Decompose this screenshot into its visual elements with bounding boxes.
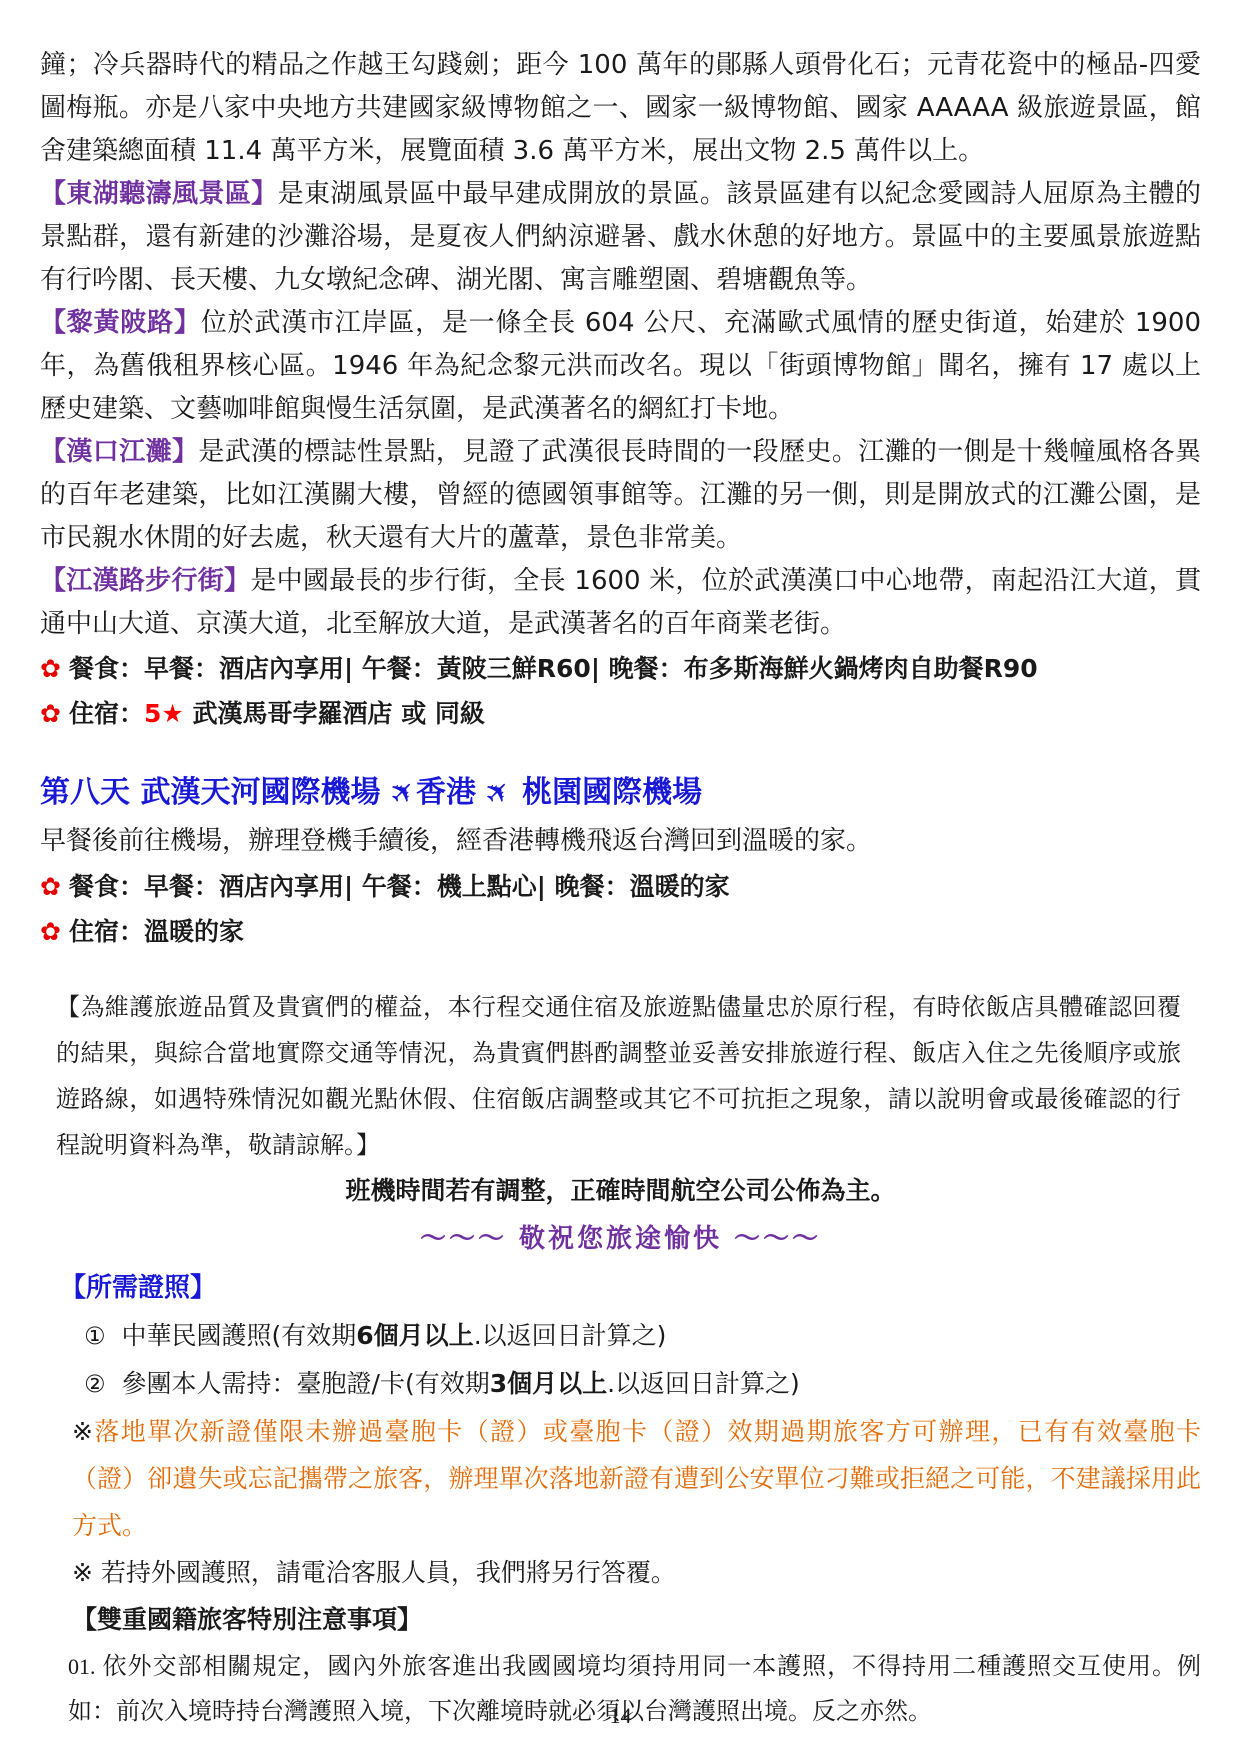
- attraction-jianghan-road: 【江漢路步行街】是中國最長的步行街，全長 1600 米，位於武漢漢口中心地帶，南…: [40, 560, 1201, 646]
- attraction-lihuangpi-road: 【黎黃陂路】位於武漢市江岸區，是一條全長 604 公尺、充滿歐式風情的歷史街道，…: [40, 302, 1201, 431]
- lodging-label: 住宿：: [69, 699, 144, 728]
- item-text-pre: 中華民國護照(有效期: [122, 1321, 357, 1350]
- flight-time-note: 班機時間若有調整，正確時間航空公司公佈為主。: [40, 1168, 1201, 1214]
- attraction-text: 位於武漢市江岸區，是一條全長 604 公尺、充滿歐式風情的歷史街道，始建於 19…: [40, 308, 1201, 424]
- item-text-post: .以返回日計算之): [607, 1369, 800, 1398]
- wish-line: ～～～ 敬祝您旅途愉快 ～～～: [40, 1214, 1201, 1264]
- landing-permit-warning-text: 落地單次新證僅限未辦過臺胞卡（證）或臺胞卡（證）效期過期旅客方可辦理，已有有效臺…: [72, 1417, 1201, 1540]
- attraction-hankou-bund: 【漢口江灘】是武漢的標誌性景點，見證了武漢很長時間的一段歷史。江灘的一側是十幾幢…: [40, 431, 1201, 560]
- attraction-title: 【江漢路步行街】: [40, 566, 250, 596]
- day8-title-suffix: 桃園國際機場: [512, 775, 702, 810]
- item-text-bold: 3個月以上: [490, 1369, 607, 1398]
- attraction-title: 【漢口江灘】: [40, 437, 198, 467]
- attraction-text: 是武漢的標誌性景點，見證了武漢很長時間的一段歷史。江灘的一側是十幾幢風格各異的百…: [40, 437, 1201, 553]
- document-item-passport: ①中華民國護照(有效期6個月以上.以返回日計算之): [40, 1312, 1201, 1360]
- flower-icon: ✿: [40, 917, 61, 946]
- day8-meals-text: 餐食：早餐：酒店內享用| 午餐：機上點心| 晚餐：溫暖的家: [69, 872, 730, 901]
- foreign-passport-note: ※ 若持外國護照，請電洽客服人員，我們將另行答覆。: [40, 1549, 1201, 1596]
- intro-paragraph: 鐘；冷兵器時代的精品之作越王勾踐劍；距今 100 萬年的鄖縣人頭骨化石；元青花瓷…: [40, 44, 1201, 173]
- item-text-bold: 6個月以上: [356, 1321, 473, 1350]
- item-text-pre: 參團本人需持：臺胞證/卡(有效期: [122, 1369, 490, 1398]
- itinerary-disclaimer: 【為維護旅遊品質及貴賓們的權益，本行程交通住宿及旅遊點儘量忠於原行程，有時依飯店…: [40, 984, 1201, 1168]
- day8-meals-line: ✿餐食：早餐：酒店內享用| 午餐：機上點心| 晚餐：溫暖的家: [40, 864, 1201, 909]
- required-documents-heading: 【所需證照】: [40, 1264, 1201, 1312]
- star-rating: 5★: [144, 699, 184, 728]
- reference-mark-icon: ※: [72, 1417, 94, 1446]
- day8-heading: 第八天 武漢天河國際機場 ✈香港 ✈ 桃園國際機場: [40, 768, 1201, 818]
- circled-number-icon: ①: [84, 1322, 106, 1350]
- circled-number-icon: ②: [84, 1370, 106, 1398]
- item-text-post: .以返回日計算之): [474, 1321, 667, 1350]
- attraction-donghu: 【東湖聽濤風景區】是東湖風景區中最早建成開放的景區。該景區建有以紀念愛國詩人屈原…: [40, 173, 1201, 302]
- dual-nationality-heading: 【雙重國籍旅客特別注意事項】: [40, 1596, 1201, 1644]
- attraction-title: 【黎黃陂路】: [40, 308, 201, 338]
- day7-lodging-line: ✿住宿：5★ 武漢馬哥孛羅酒店 或 同級: [40, 691, 1201, 736]
- page-number: 14: [0, 1703, 1241, 1729]
- lodging-hotel: 武漢馬哥孛羅酒店 或 同級: [184, 699, 485, 728]
- landing-permit-warning: ※落地單次新證僅限未辦過臺胞卡（證）或臺胞卡（證）效期過期旅客方可辦理，已有有效…: [40, 1408, 1201, 1549]
- attraction-title: 【東湖聽濤風景區】: [40, 179, 278, 209]
- day8-lodging-line: ✿住宿：溫暖的家: [40, 909, 1201, 954]
- document-page: 鐘；冷兵器時代的精品之作越王勾踐劍；距今 100 萬年的鄖縣人頭骨化石；元青花瓷…: [0, 0, 1241, 1755]
- flower-icon: ✿: [40, 654, 61, 683]
- day8-title-prefix: 第八天 武漢天河國際機場: [40, 775, 391, 810]
- document-item-taibao-card: ②參團本人需持：臺胞證/卡(有效期3個月以上.以返回日計算之): [40, 1360, 1201, 1408]
- flower-icon: ✿: [40, 872, 61, 901]
- day7-meals-line: ✿餐食：早餐：酒店內享用| 午餐：黃陂三鮮R60| 晚餐：布多斯海鮮火鍋烤肉自助…: [40, 646, 1201, 691]
- day8-description: 早餐後前往機場，辦理登機手續後，經香港轉機飛返台灣回到溫暖的家。: [40, 818, 1201, 864]
- day7-meals-text: 餐食：早餐：酒店內享用| 午餐：黃陂三鮮R60| 晚餐：布多斯海鮮火鍋烤肉自助餐…: [69, 654, 1038, 683]
- flower-icon: ✿: [40, 699, 61, 728]
- item-number: 01.: [68, 1654, 96, 1679]
- day8-lodging-text: 住宿：溫暖的家: [69, 917, 244, 946]
